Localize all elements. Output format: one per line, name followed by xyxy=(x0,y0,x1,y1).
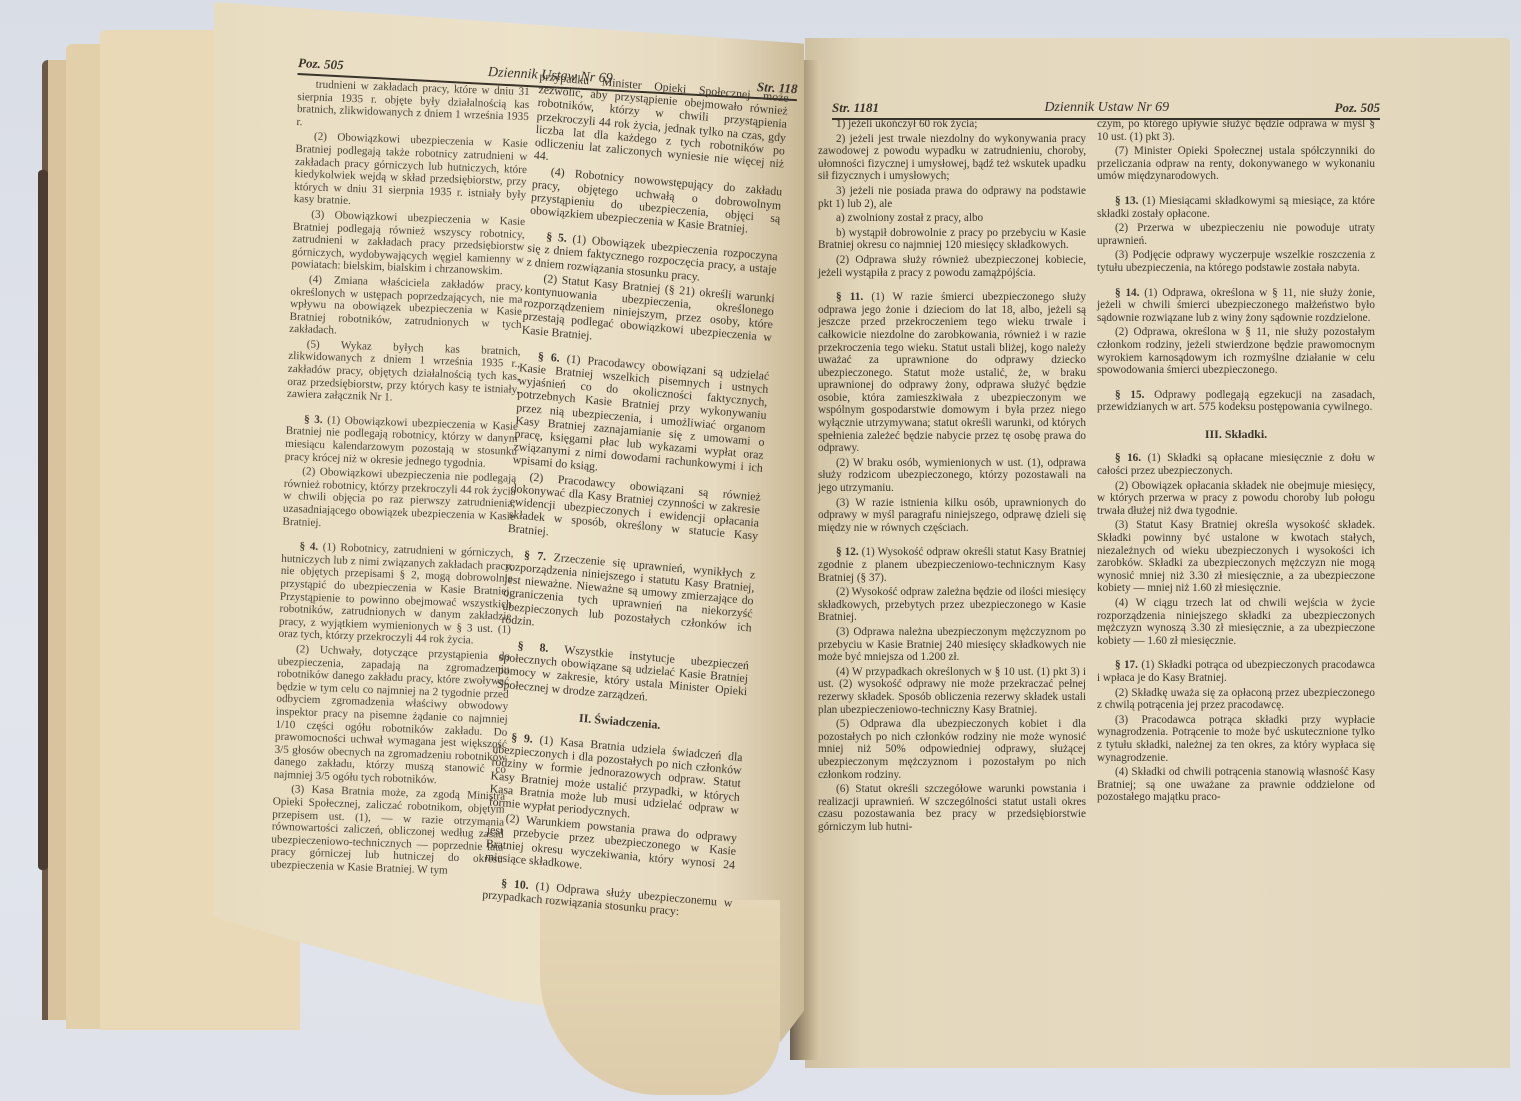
paragraph: (4) W ciągu trzech lat od chwili wejścia… xyxy=(1097,597,1375,647)
paragraph-text: (1) Kasa Bratnia udziela świadczeń dla u… xyxy=(488,732,743,820)
paragraph-text: 2) jeżeli jest trwale niezdolny do wykon… xyxy=(818,133,1086,183)
paragraph: b) wystąpił dobrowolnie z pracy po przeb… xyxy=(818,227,1086,252)
paragraph-text: (1) Składki potrąca od ubezpieczonych pr… xyxy=(1097,659,1375,684)
paragraph-text: (2) Przerwa w ubezpieczeniu nie powoduje… xyxy=(1097,222,1375,247)
page-number: Str. 1181 xyxy=(832,100,879,116)
paragraph: czym, po którego upływie służyć będzie o… xyxy=(1097,118,1375,143)
paragraph-text: (1) Miesiącami składkowymi są miesiące, … xyxy=(1097,195,1375,220)
paragraph-section: § 13. (1) Miesiącami składkowymi są mies… xyxy=(1097,195,1375,220)
paragraph-text: a) zwolniony został z pracy, albo xyxy=(836,212,983,224)
paragraph-text: (2) Składkę uważa się za opłaconą przez … xyxy=(1097,687,1375,712)
paragraph-section: § 15. Odprawy podlegają egzekucji na zas… xyxy=(1097,389,1375,414)
paragraph-section: § 16. (1) Składki są opłacane miesięczni… xyxy=(1097,452,1375,477)
paragraph: (4) Zmiana właściciela zakładów pracy, o… xyxy=(289,273,523,344)
paragraph-text: (1) Pracodawcy obowiązani są udzielać Ka… xyxy=(512,351,769,475)
book-cover-edge xyxy=(38,170,48,870)
paragraph-text: (3) Pracodawca potrąca składki przy wypł… xyxy=(1097,714,1375,764)
paragraph-text: (3) Odprawa należna ubezpieczonym mężczy… xyxy=(818,626,1086,663)
paragraph-text: (4) Składki od chwili potrącenia stanowi… xyxy=(1097,766,1375,803)
paragraph: (3) Podjęcie odprawy wyczerpuje wszelkie… xyxy=(1097,249,1375,274)
section-number: § 17. xyxy=(1115,659,1138,671)
paragraph-text: (2) Uchwały, dotyczące przystąpienia do … xyxy=(273,643,510,786)
paragraph-text: (4) W przypadkach określonych w § 10 ust… xyxy=(818,666,1086,716)
paragraph: 3) jeżeli nie posiada prawa do odprawy n… xyxy=(818,185,1086,210)
paragraph: (3) W razie istnienia kilku osób, uprawn… xyxy=(818,497,1086,535)
right-page-header: Str. 1181 Dziennik Ustaw Nr 69 Poz. 505 xyxy=(832,100,1380,120)
paragraph: (3) Pracodawca potrąca składki przy wypł… xyxy=(1097,714,1375,764)
paragraph-text: (2) W braku osób, wymienionych w ust. (1… xyxy=(818,457,1086,494)
paragraph: (2) Składkę uważa się za opłaconą przez … xyxy=(1097,687,1375,712)
paragraph: (5) Wykaz byłych kas bratnich, zlikwidow… xyxy=(287,338,521,409)
paragraph-text: (5) Wykaz byłych kas bratnich, zlikwidow… xyxy=(287,338,521,403)
paragraph-text: (6) Statut określi szczegółowe warunki p… xyxy=(818,783,1086,833)
paragraph-text: Zrzeczenie się uprawnień, wynikłych z ro… xyxy=(501,550,756,634)
paragraph: 1) jeżeli ukończył 60 rok życia; xyxy=(818,118,1086,131)
paragraph: trudnieni w zakładach pracy, które w dni… xyxy=(296,78,530,136)
position-number: Poz. 505 xyxy=(1335,100,1381,116)
paragraph-text: (5) Odprawa dla ubezpieczonych kobiet i … xyxy=(818,718,1086,780)
paragraph: (3) Odprawa należna ubezpieczonym mężczy… xyxy=(818,626,1086,664)
paragraph-section: § 11. (1) W razie śmierci ubezpieczonego… xyxy=(818,291,1086,455)
right-page-column-2: czym, po którego upływie służyć będzie o… xyxy=(1097,118,1375,806)
paragraph-text: (4) Zmiana właściciela zakładów pracy, o… xyxy=(289,273,523,336)
paragraph-section: § 14. (1) Odprawa, określona w § 11, nie… xyxy=(1097,287,1375,325)
paragraph: (2) Przerwa w ubezpieczeniu nie powoduje… xyxy=(1097,222,1375,247)
chapter-heading: III. Składki. xyxy=(1097,428,1375,441)
paragraph-section: § 8. Wszystkie instytucje ubezpieczeń sp… xyxy=(497,638,750,712)
paragraph: (5) Odprawa dla ubezpieczonych kobiet i … xyxy=(818,718,1086,781)
section-number: § 12. xyxy=(836,546,859,558)
paragraph-text: (3) W razie istnienia kilku osób, uprawn… xyxy=(818,497,1086,534)
paragraph-text: (3) Obowiązkowi ubezpieczenia w Kasie Br… xyxy=(291,208,525,277)
paragraph-text: (3) Podjęcie odprawy wyczerpuje wszelkie… xyxy=(1097,249,1375,274)
section-number: § 4. xyxy=(299,541,318,554)
paragraph-text: (7) Minister Opieki Społecznej ustala sp… xyxy=(1097,145,1375,182)
paragraph-text: (2) Obowiązkowi ubezpieczenia nie podleg… xyxy=(282,466,516,529)
paragraph: (2) Obowiązek opłacania składek nie obej… xyxy=(1097,480,1375,518)
paragraph-text: (2) Odprawa, określona w § 11, nie służy… xyxy=(1097,326,1375,376)
section-number: § 16. xyxy=(1115,452,1141,464)
section-number: § 13. xyxy=(1115,195,1138,207)
paragraph-text: (2) Obowiązek opłacania składek nie obej… xyxy=(1097,480,1375,517)
right-page-column-1: 1) jeżeli ukończył 60 rok życia;2) jeżel… xyxy=(818,118,1086,835)
paragraph: 2) jeżeli jest trwale niezdolny do wykon… xyxy=(818,133,1086,183)
paragraph-section: § 17. (1) Składki potrąca od ubezpieczon… xyxy=(1097,659,1375,684)
paragraph-section: § 7. Zrzeczenie się uprawnień, wynikłych… xyxy=(501,547,756,648)
paragraph: (7) Minister Opieki Społecznej ustala sp… xyxy=(1097,145,1375,183)
section-number: § 3. xyxy=(304,413,323,426)
paragraph-section: § 4. (1) Robotnicy, zatrudnieni w górnic… xyxy=(278,540,513,649)
paragraph-text: trudnieni w zakładach pracy, które w dni… xyxy=(296,79,530,128)
paragraph-text: (2) Obowiązkowi ubezpieczenia w Kasie Br… xyxy=(294,131,528,207)
paragraph-section: § 3. (1) Obowiązkowi ubezpieczenia w Kas… xyxy=(285,413,519,471)
paragraph-section: § 6. (1) Pracodawcy obowiązani są udziel… xyxy=(512,348,769,488)
journal-title: Dziennik Ustaw Nr 69 xyxy=(1044,100,1169,116)
paragraph: (2) Odprawa, określona w § 11, nie służy… xyxy=(1097,326,1375,376)
paragraph: (2) Odprawa służy również ubezpieczonej … xyxy=(818,254,1086,279)
paragraph: (2) Obowiązkowi ubezpieczenia nie podleg… xyxy=(282,465,516,536)
paragraph: (3) Statut Kasy Bratniej określa wysokoś… xyxy=(1097,519,1375,595)
left-page-curl xyxy=(540,900,780,1095)
paragraph: (3) Kasa Bratnia może, za zgodą Ministra… xyxy=(270,783,505,879)
position-number: Poz. 505 xyxy=(298,55,344,73)
paragraph-section: § 12. (1) Wysokość odpraw określi statut… xyxy=(818,546,1086,584)
paragraph: (4) W przypadkach określonych w § 10 ust… xyxy=(818,666,1086,716)
paragraph: (3) Obowiązkowi ubezpieczenia w Kasie Br… xyxy=(291,208,525,279)
paragraph-text: (1) Wysokość odpraw określi statut Kasy … xyxy=(818,546,1086,583)
paragraph-text: (2) Wysokość odpraw zależna będzie od il… xyxy=(818,586,1086,623)
paragraph: (2) W braku osób, wymienionych w ust. (1… xyxy=(818,457,1086,495)
paragraph-text: (2) Odprawa służy również ubezpieczonej … xyxy=(818,254,1086,279)
paragraph-text: 1) jeżeli ukończył 60 rok życia; xyxy=(836,118,977,130)
section-number: § 11. xyxy=(836,291,863,303)
paragraph-text: (3) Statut Kasy Bratniej określa wysokoś… xyxy=(1097,519,1375,594)
paragraph-text: (3) Kasa Bratnia może, za zgodą Ministra… xyxy=(270,784,505,877)
paragraph: a) zwolniony został z pracy, albo xyxy=(818,212,1086,225)
paragraph: (2) Uchwały, dotyczące przystąpienia do … xyxy=(273,643,510,790)
paragraph-text: 3) jeżeli nie posiada prawa do odprawy n… xyxy=(818,185,1086,210)
paragraph: (6) Statut określi szczegółowe warunki p… xyxy=(818,783,1086,833)
section-number: § 15. xyxy=(1115,389,1144,401)
paragraph-text: (1) Robotnicy, zatrudnieni w górniczych,… xyxy=(278,541,513,646)
paragraph-text: b) wystąpił dobrowolnie z pracy po przeb… xyxy=(818,227,1086,252)
paragraph-text: czym, po którego upływie służyć będzie o… xyxy=(1097,118,1375,143)
paragraph: (2) Wysokość odpraw zależna będzie od il… xyxy=(818,586,1086,624)
paragraph-text: (4) W ciągu trzech lat od chwili wejścia… xyxy=(1097,597,1375,647)
paragraph: (2) Obowiązkowi ubezpieczenia w Kasie Br… xyxy=(294,130,528,214)
paragraph: (4) Składki od chwili potrącenia stanowi… xyxy=(1097,766,1375,804)
paragraph-text: (1) Odprawa, określona w § 11, nie służy… xyxy=(1097,287,1375,324)
paragraph-text: (1) W razie śmierci ubezpieczonego służy… xyxy=(818,291,1086,454)
section-number: § 14. xyxy=(1115,287,1139,299)
